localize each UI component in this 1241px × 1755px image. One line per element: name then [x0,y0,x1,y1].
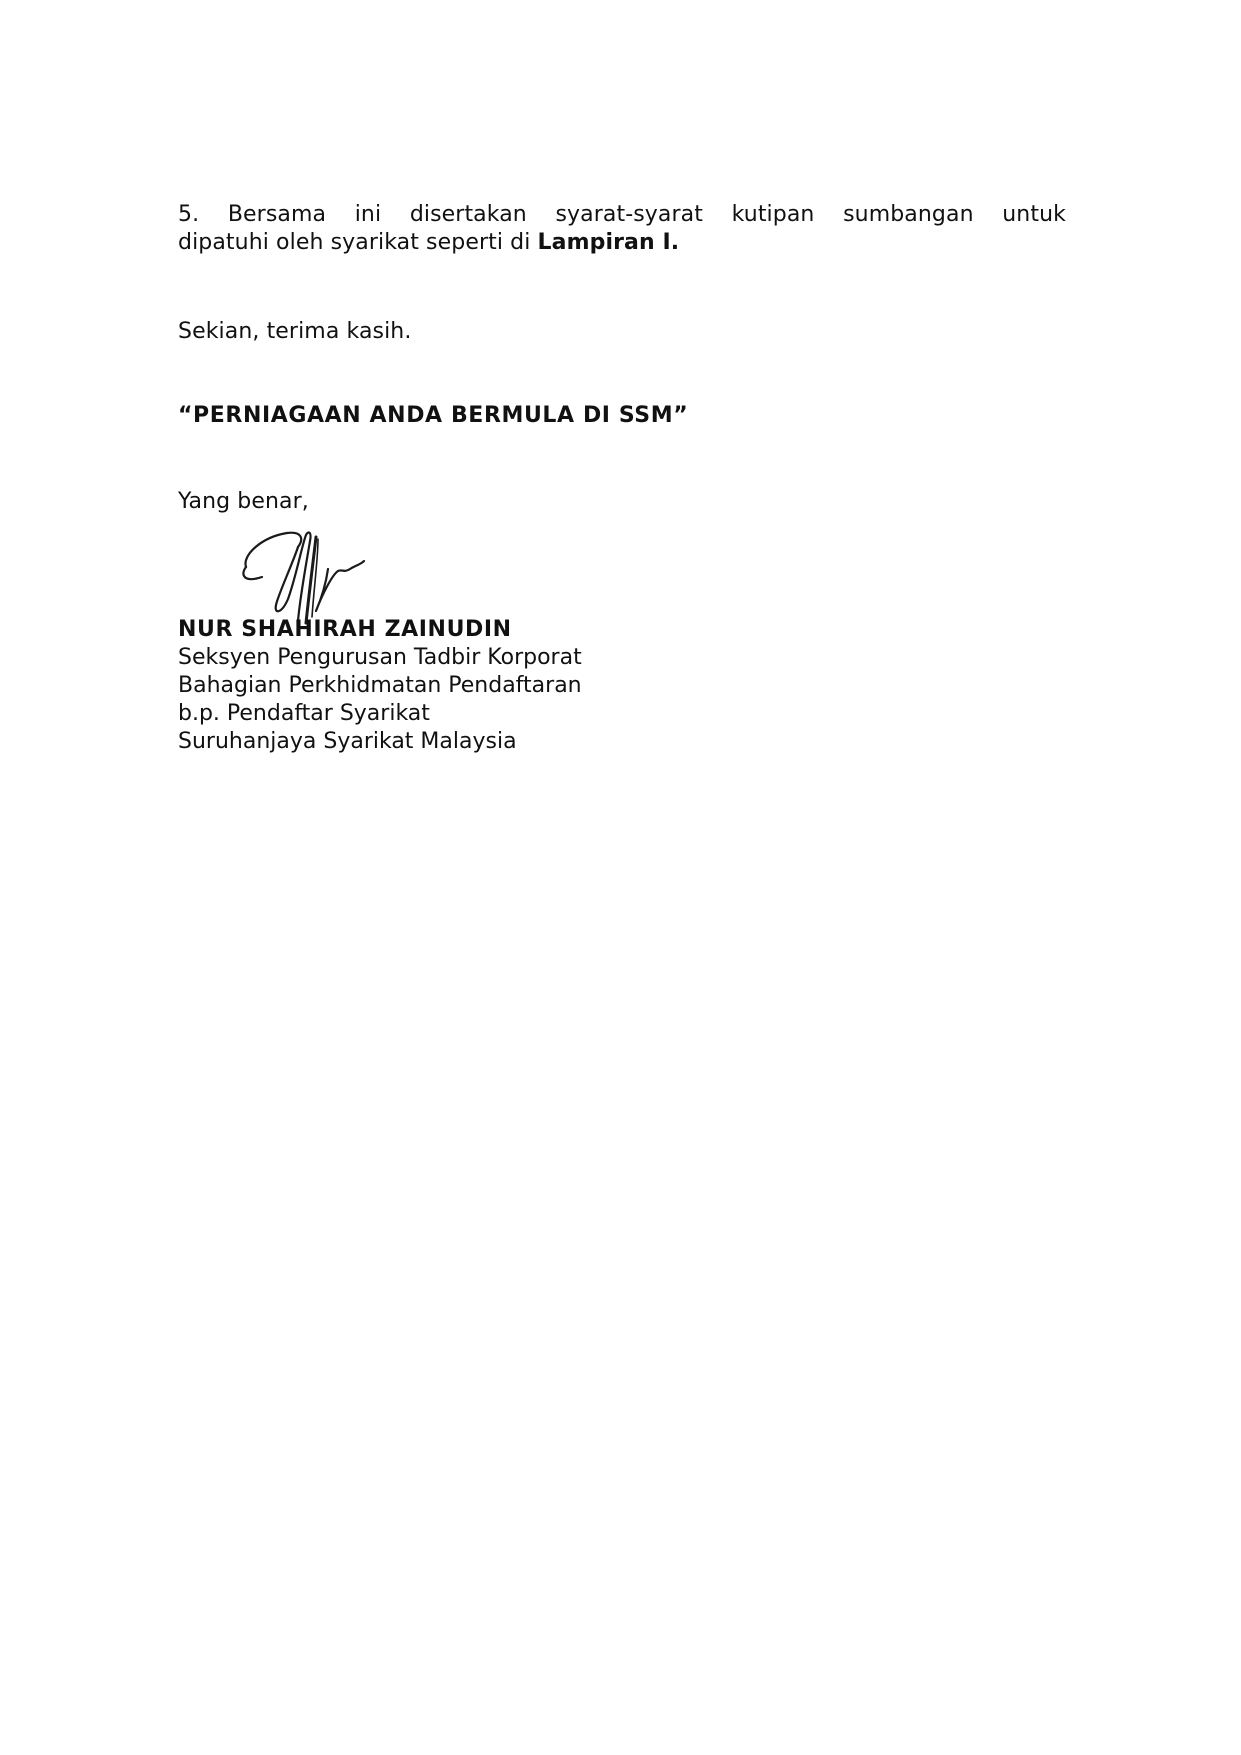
signatory-organization: Suruhanjaya Syarikat Malaysia [178,728,582,756]
attachment-reference: Lampiran I [538,230,671,255]
motto: “PERNIAGAAN ANDA BERMULA DI SSM” [178,402,1066,430]
paragraph-5-line-2: dipatuhi oleh syarikat seperti di Lampir… [178,229,1066,257]
word: kutipan [732,201,815,229]
word: Bersama [228,201,326,229]
period: . [671,230,679,255]
word: syarat-syarat [555,201,702,229]
document-page: 5. Bersama ini disertakan syarat-syarat … [0,0,1241,1755]
word: untuk [1002,201,1066,229]
word: ini [355,201,381,229]
signatory-section: Seksyen Pengurusan Tadbir Korporat [178,644,582,672]
paragraph-number: 5. [178,201,199,229]
paragraph-5: 5. Bersama ini disertakan syarat-syarat … [178,201,1066,257]
salutation: Yang benar, [178,488,1066,516]
signatory-division: Bahagian Perkhidmatan Pendaftaran [178,672,582,700]
paragraph-5-line-1: 5. Bersama ini disertakan syarat-syarat … [178,201,1066,229]
paragraph-text: dipatuhi oleh syarikat seperti di [178,230,538,255]
word: sumbangan [843,201,974,229]
closing-text: Sekian, terima kasih. [178,318,1066,346]
signatory-name: NUR SHAHIRAH ZAINUDIN [178,616,582,644]
word: disertakan [410,201,527,229]
signature-block: NUR SHAHIRAH ZAINUDIN Seksyen Pengurusan… [178,616,582,756]
signatory-on-behalf: b.p. Pendaftar Syarikat [178,700,582,728]
